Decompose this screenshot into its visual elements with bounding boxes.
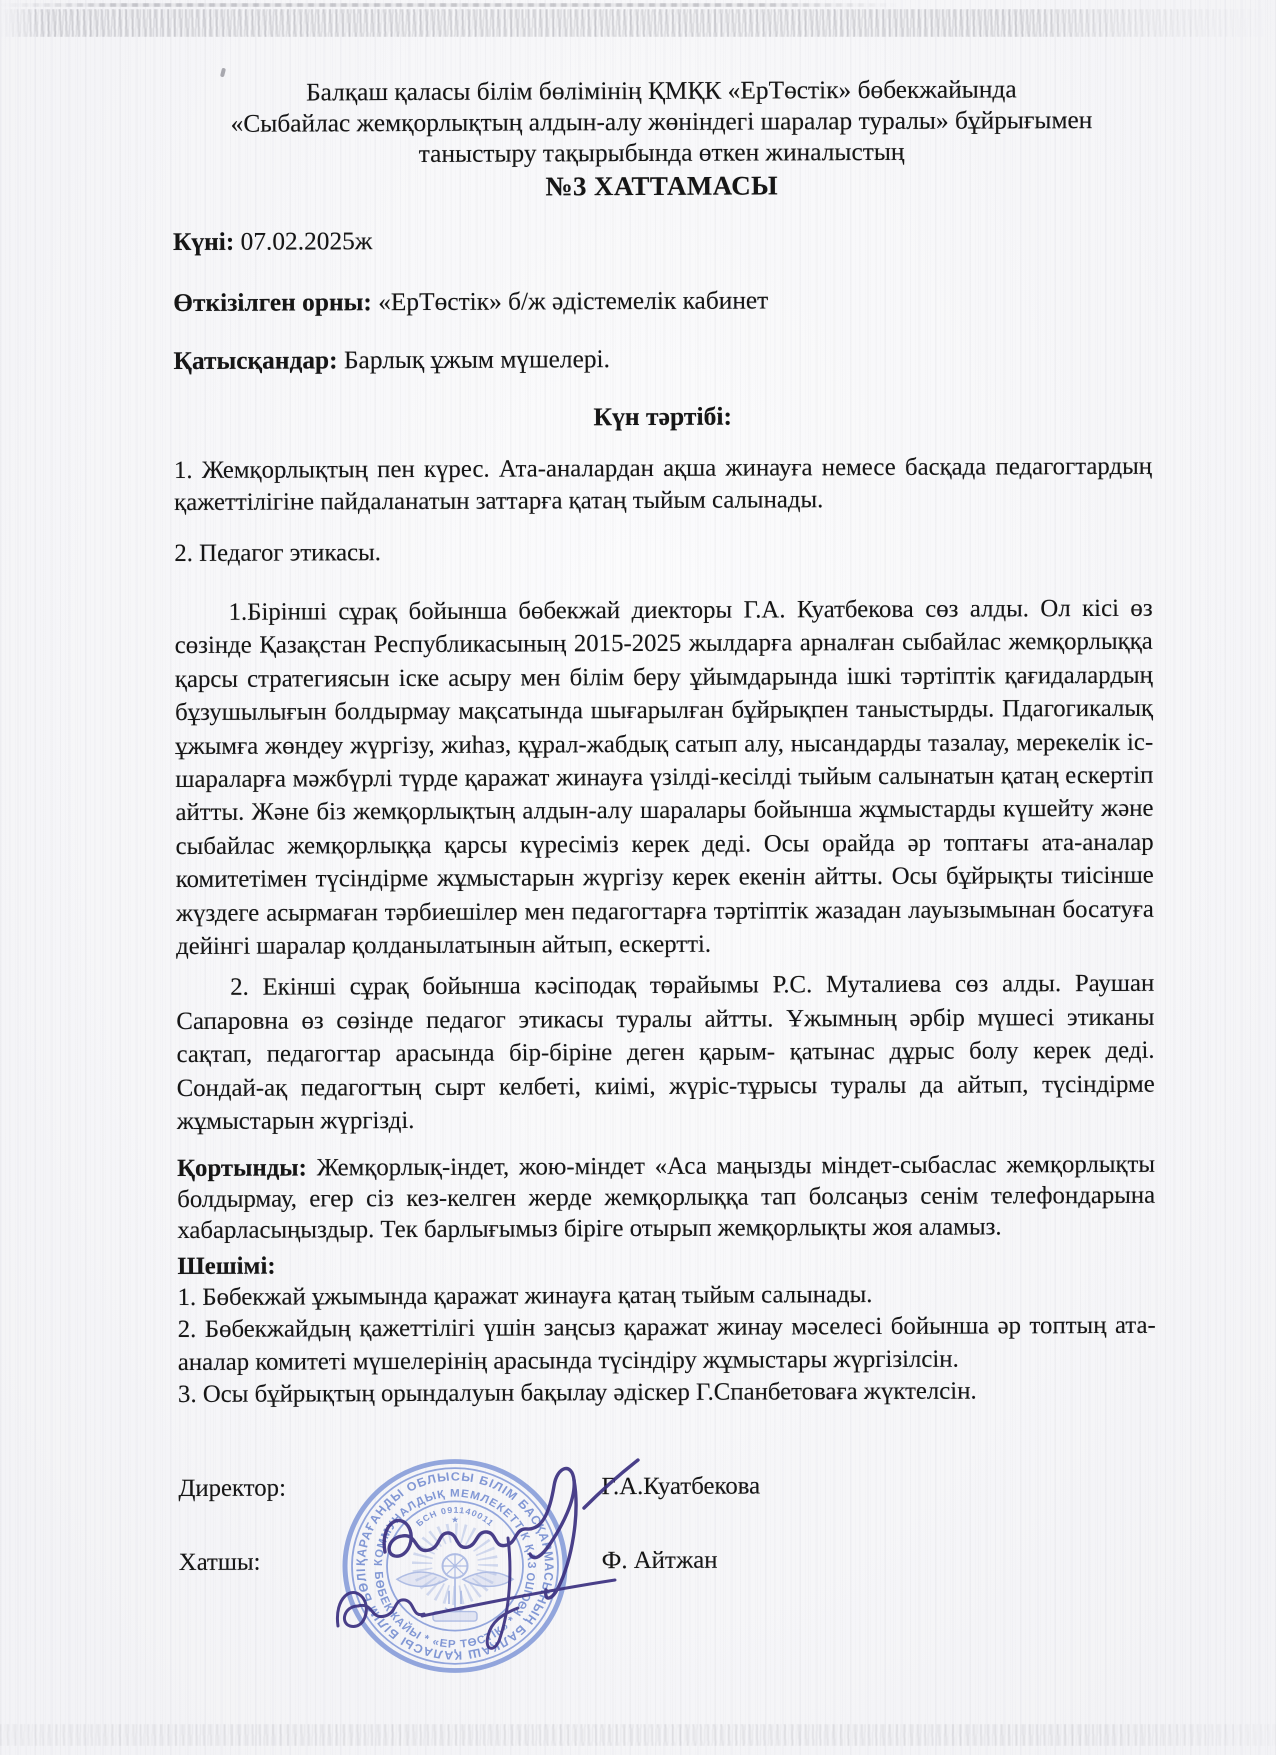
secretary-label: Хатшы:	[179, 1548, 261, 1575]
decision-item-2: 2. Бөбекжайдың қажеттілігі үшін заңсыз қ…	[178, 1310, 1156, 1379]
attendees-value: Барлық ұжым мүшелері.	[338, 345, 610, 374]
conclusion-text: Жемқорлық-індет, жою-міндет «Аса маңызды…	[177, 1150, 1155, 1243]
agenda-title: Күн тәртібі:	[174, 401, 1152, 433]
field-attendees: Қатысқандар: Барлық ұжым мүшелері.	[173, 343, 1151, 375]
protocol-title: №3 ХАТТАМАСЫ	[173, 168, 1151, 205]
header-line-2: «Сыбайлас жемқорлықтың алдын-алу жөнінде…	[172, 105, 1150, 140]
conclusion-paragraph: Қортынды: Жемқорлық-індет, жою-міндет «А…	[177, 1148, 1155, 1245]
signatures-svg	[300, 1430, 700, 1680]
decision-item-1: 1. Бөбекжай ұжымында қаражат жинауға қат…	[178, 1277, 1156, 1314]
agenda-item-1: 1. Жемқорлықтың пен күрес. Ата-аналардан…	[174, 451, 1152, 518]
place-value: «ЕрТөстік» б/ж әдістемелік кабинет	[372, 286, 769, 316]
header-line-3: таныстыру тақырыбында өткен жиналыстың	[173, 136, 1151, 171]
speech-paragraph-2: 2. Екінші сұрақ бойынша кәсіподақ төрайы…	[176, 967, 1155, 1138]
decision-label: Шешімі:	[177, 1247, 1155, 1281]
conclusion-label: Қортынды:	[177, 1154, 307, 1182]
decision-item-3: 3. Осы бұйрықтың орындалуын бақылау әдіс…	[178, 1375, 1156, 1412]
field-place: Өткізілген орны: «ЕрТөстік» б/ж әдістеме…	[173, 285, 1151, 317]
scanned-protocol-document: Балқаш қаласы білім бөлімінің ҚМҚК «ЕрТө…	[0, 0, 1276, 1755]
date-value: 07.02.2025ж	[234, 227, 372, 256]
date-label: Күні:	[173, 228, 234, 256]
document-header: Балқаш қаласы білім бөлімінің ҚМҚК «ЕрТө…	[172, 74, 1151, 205]
director-label: Директор:	[178, 1474, 286, 1501]
secretary-signature	[337, 1538, 615, 1648]
place-label: Өткізілген орны:	[173, 288, 372, 317]
agenda-item-2: 2. Педагог этикасы.	[174, 536, 1152, 568]
field-date: Күні: 07.02.2025ж	[173, 224, 1151, 256]
speech-paragraph-1: 1.Бірінші сұрақ бойынша бөбекжай диектор…	[175, 592, 1155, 964]
attendees-label: Қатысқандар:	[173, 346, 337, 375]
header-line-1: Балқаш қаласы білім бөлімінің ҚМҚК «ЕрТө…	[172, 74, 1150, 109]
handwritten-signatures	[300, 1430, 700, 1680]
